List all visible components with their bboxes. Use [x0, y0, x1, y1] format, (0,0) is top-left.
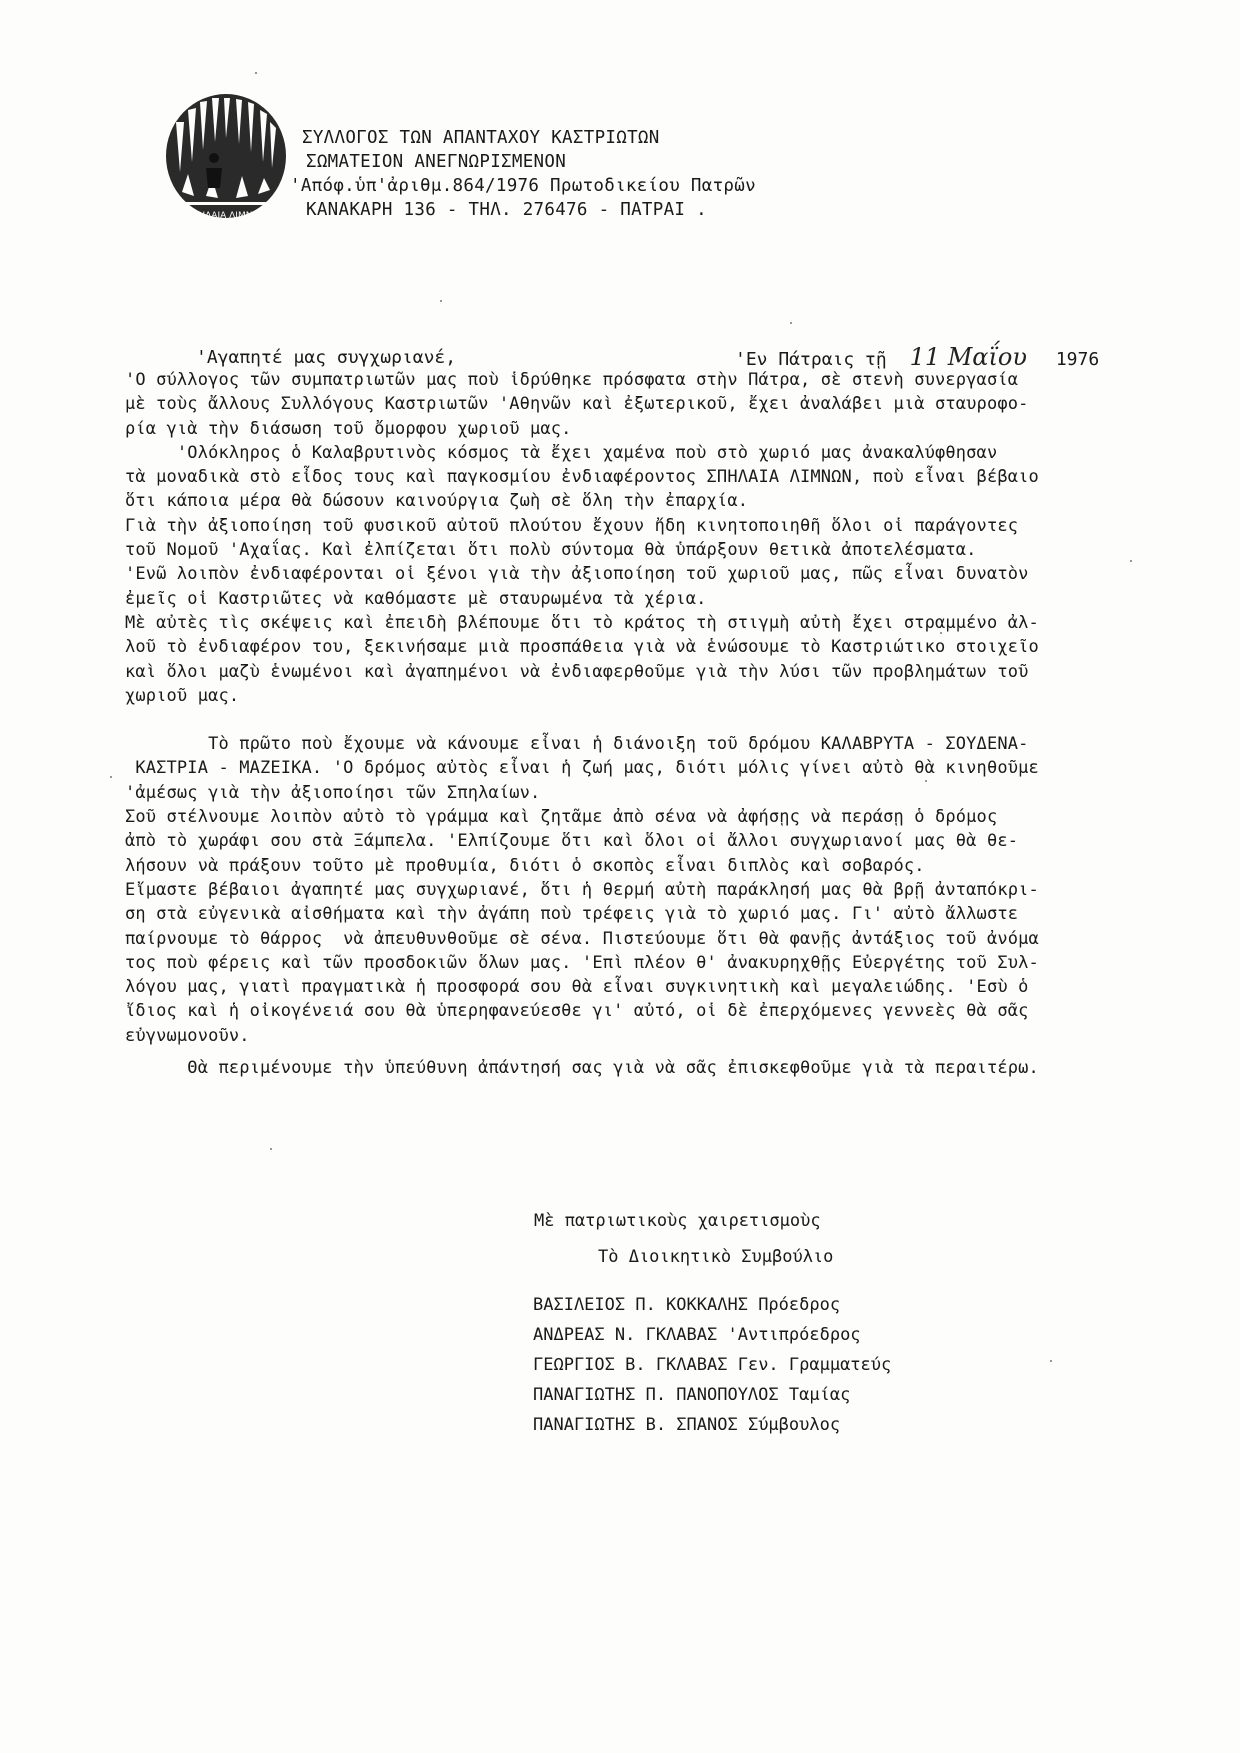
- dateline: 'Εν Πάτραις τῇ 11 Μαΐου 1976: [735, 343, 1099, 371]
- body-line: ΚΑΣΤΡΙΑ - ΜΑΖΕΙΚΑ. 'Ο δρόμος αὐτὸς εἶναι…: [125, 756, 1185, 780]
- signatory-role: Ταμίας: [789, 1385, 850, 1405]
- body-line: τὰ μοναδικὰ στὸ εἶδος τους καὶ παγκοσμίο…: [125, 465, 1185, 489]
- signatory-role: Πρόεδρος: [758, 1295, 840, 1315]
- closing: Μὲ πατριωτικοὺς χαιρετισμοὺς Τὸ Διοικητι…: [534, 1203, 833, 1275]
- closing-board: Τὸ Διοικητικὸ Συμβούλιο: [598, 1239, 833, 1275]
- body-line: 'Ολόκληρος ὁ Καλαβρυτινὸς κόσμος τὰ ἔχει…: [125, 441, 1185, 465]
- body-line: Τὸ πρῶτο ποὺ ἔχουμε νὰ κάνουμε εἶναι ἡ δ…: [125, 732, 1185, 756]
- body-line: ὅτι κάποια μέρα θὰ δώσουν καινούργια ζωὴ…: [125, 489, 1185, 513]
- signatory-name: ΑΝΔΡΕΑΣ Ν. ΓΚΛΑΒΑΣ: [533, 1325, 717, 1345]
- court-registration: 'Απόφ.ὑπ'ἀριθμ.864/1976 Πρωτοδικείου Πατ…: [290, 174, 756, 198]
- cave-stalactites-emblem-icon: ΣΠΗΛΑΙΑ ΛΙΜΝΩΝ: [162, 92, 290, 226]
- signatory-name: ΠΑΝΑΓΙΩΤΗΣ Π. ΠΑΝΟΠΟΥΛΟΣ: [533, 1385, 779, 1405]
- body-line: παίρνουμε τὸ θάρρος νὰ ἀπευθυνθοῦμε σὲ σ…: [125, 927, 1185, 951]
- letterhead: ΣΥΛΛΟΓΟΣ ΤΩΝ ΑΠΑΝΤΑΧΟΥ ΚΑΣΤΡΙΩΤΩΝ ΣΩΜΑΤΕ…: [290, 126, 756, 222]
- body-line: ἴδιος καὶ ἡ οἰκογένειά σου θὰ ὑπερηφανεύ…: [125, 999, 1185, 1023]
- signatory-role: Γεν. Γραμματεύς: [738, 1355, 892, 1375]
- body-line: ρία γιὰ τὴν διάσωση τοῦ ὄμορφου χωριοῦ μ…: [125, 417, 1185, 441]
- scan-speck: [110, 776, 112, 778]
- organization-name: ΣΥΛΛΟΓΟΣ ΤΩΝ ΑΠΑΝΤΑΧΟΥ ΚΑΣΤΡΙΩΤΩΝ: [302, 126, 756, 150]
- scan-speck: [255, 72, 257, 74]
- body-line: λήσουν νὰ πράξουν τοῦτο μὲ προθυμία, διό…: [125, 854, 1185, 878]
- body-line: χωριοῦ μας.: [125, 684, 1185, 708]
- body-line: ἀπὸ τὸ χωράφι σου στὰ Ξάμπελα. 'Ελπίζουμ…: [125, 829, 1185, 853]
- closing-greeting: Μὲ πατριωτικοὺς χαιρετισμοὺς: [534, 1203, 833, 1239]
- body-line: μὲ τοὺς ἄλλους Συλλόγους Καστριωτῶν 'Αθη…: [125, 392, 1185, 416]
- salutation: 'Αγαπητέ μας συγχωριανέ,: [196, 347, 456, 368]
- body-line: Θὰ περιμένουμε τὴν ὑπεύθυνη ἀπάντησή σας…: [125, 1056, 1185, 1080]
- signatory: ΑΝΔΡΕΑΣ Ν. ΓΚΛΑΒΑΣ 'Αντιπρόεδρος: [533, 1320, 891, 1350]
- body-line: ἐμεῖς οἱ Καστριῶτες νὰ καθόμαστε μὲ σταυ…: [125, 587, 1185, 611]
- body-line: τος ποὺ φέρεις καὶ τῶν προσδοκιῶν ὅλων μ…: [125, 951, 1185, 975]
- body-line: 'Ενῶ λοιπὸν ἐνδιαφέρονται οἱ ξένοι γιὰ τ…: [125, 562, 1185, 586]
- paragraph-3: Θὰ περιμένουμε τὴν ὑπεύθυνη ἀπάντησή σας…: [125, 1056, 1185, 1080]
- paragraph-2: Τὸ πρῶτο ποὺ ἔχουμε νὰ κάνουμε εἶναι ἡ δ…: [125, 732, 1185, 1048]
- signatory-role: 'Αντιπρόεδρος: [727, 1325, 860, 1345]
- scan-speck: [790, 322, 792, 324]
- organization-status: ΣΩΜΑΤΕΙΟΝ ΑΝΕΓΝΩΡΙΣΜΕΝΟΝ: [306, 150, 756, 174]
- signatory: ΒΑΣΙΛΕΙΟΣ Π. ΚΟΚΚΑΛΗΣ Πρόεδρος: [533, 1290, 891, 1320]
- date-year: 1976: [1056, 349, 1099, 370]
- scan-speck: [440, 300, 442, 302]
- address-phone: ΚΑΝΑΚΑΡΗ 136 - ΤΗΛ. 276476 - ΠΑΤΡΑΙ .: [306, 198, 756, 222]
- signatory: ΠΑΝΑΓΙΩΤΗΣ Π. ΠΑΝΟΠΟΥΛΟΣ Ταμίας: [533, 1380, 891, 1410]
- body-line: τοῦ Νομοῦ 'Αχαΐας. Καὶ ἐλπίζεται ὅτι πολ…: [125, 538, 1185, 562]
- signatory: ΠΑΝΑΓΙΩΤΗΣ Β. ΣΠΑΝΟΣ Σύμβουλος: [533, 1410, 891, 1440]
- signatory-name: ΒΑΣΙΛΕΙΟΣ Π. ΚΟΚΚΑΛΗΣ: [533, 1295, 748, 1315]
- body-line: Σοῦ στέλνουμε λοιπὸν αὐτὸ τὸ γράμμα καὶ …: [125, 805, 1185, 829]
- paragraph-1: 'Ο σύλλογος τῶν συμπατριωτῶν μας ποὺ ἱδρ…: [125, 368, 1185, 708]
- scan-speck: [1050, 1360, 1052, 1362]
- signatories-list: ΒΑΣΙΛΕΙΟΣ Π. ΚΟΚΚΑΛΗΣ Πρόεδρος ΑΝΔΡΕΑΣ Ν…: [533, 1290, 891, 1440]
- letter-page: ΣΠΗΛΑΙΑ ΛΙΜΝΩΝ ΣΥΛΛΟΓΟΣ ΤΩΝ ΑΠΑΝΤΑΧΟΥ ΚΑ…: [0, 0, 1240, 1753]
- body-line: λόγου μας, γιατὶ πραγματικὰ ἡ προσφορά σ…: [125, 975, 1185, 999]
- signatory: ΓΕΩΡΓΙΟΣ Β. ΓΚΛΑΒΑΣ Γεν. Γραμματεύς: [533, 1350, 891, 1380]
- date-prefix: 'Εν Πάτραις τῇ: [735, 349, 887, 370]
- scan-speck: [270, 1148, 272, 1150]
- scan-speck: [1130, 560, 1132, 562]
- scan-speck: [925, 780, 927, 782]
- body-line: Γιὰ τὴν ἀξιοποίηση τοῦ φυσικοῦ αὐτοῦ πλο…: [125, 514, 1185, 538]
- body-line: ση στὰ εὐγενικὰ αἰσθήματα καὶ τὴν ἀγάπη …: [125, 902, 1185, 926]
- signatory-name: ΓΕΩΡΓΙΟΣ Β. ΓΚΛΑΒΑΣ: [533, 1355, 727, 1375]
- body-line: εὐγνωμονοῦν.: [125, 1024, 1185, 1048]
- body-line: λοῦ τὸ ἐνδιαφέρον του, ξεκινήσαμε μιὰ πρ…: [125, 635, 1185, 659]
- svg-text:ΣΠΗΛΑΙΑ ΛΙΜΝΩΝ: ΣΠΗΛΑΙΑ ΛΙΜΝΩΝ: [186, 211, 266, 221]
- handwritten-date: 11 Μαΐου: [910, 343, 1027, 371]
- signatory-name: ΠΑΝΑΓΙΩΤΗΣ Β. ΣΠΑΝΟΣ: [533, 1415, 738, 1435]
- body-line: 'Ο σύλλογος τῶν συμπατριωτῶν μας ποὺ ἱδρ…: [125, 368, 1185, 392]
- body-line: 'ἀμέσως γιὰ τὴν ἀξιοποίησι τῶν Σπηλαίων.: [125, 781, 1185, 805]
- signatory-role: Σύμβουλος: [748, 1415, 840, 1435]
- scan-speck: [940, 632, 942, 634]
- body-line: Μὲ αὐτὲς τὶς σκέψεις καὶ ἐπειδὴ βλέπουμε…: [125, 611, 1185, 635]
- body-line: Εἴμαστε βέβαιοι ἀγαπητέ μας συγχωριανέ, …: [125, 878, 1185, 902]
- body-line: καὶ ὅλοι μαζὺ ἑνωμένοι καὶ ἀγαπημένοι νὰ…: [125, 660, 1185, 684]
- letter-body: 'Ο σύλλογος τῶν συμπατριωτῶν μας ποὺ ἱδρ…: [125, 368, 1185, 1080]
